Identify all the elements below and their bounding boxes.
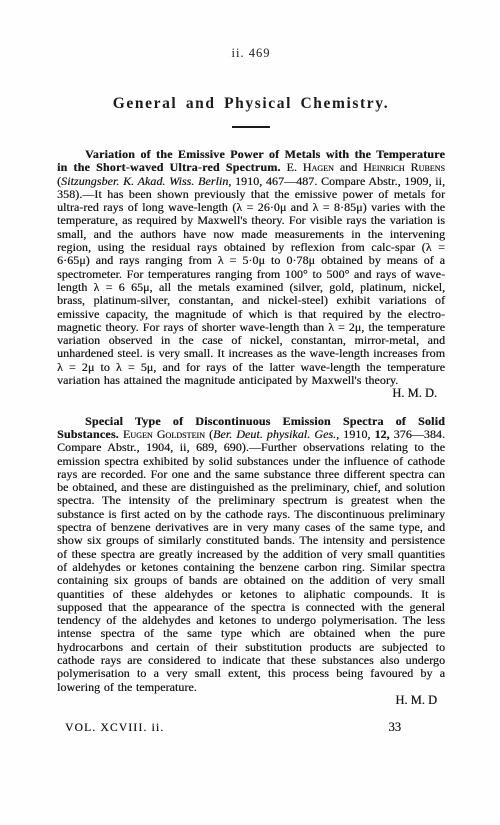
page-footer: VOL. XCVIII. ii. 33 [57,720,445,735]
citation-volume: 12, [374,427,389,441]
abstract-body: It has been shown previously that the em… [57,187,445,387]
abstract-body: Further observations relating to the emi… [57,440,445,693]
footer-volume-label: VOL. XCVIII. ii. [57,722,164,734]
abstractor-initials: H. M. D. [57,387,445,400]
citation-journal: Sitzungsber. K. Akad. Wiss. Berlin [61,174,228,188]
section-divider-rule [232,126,270,128]
abstract-emission-spectra: Special Type of Discontinuous Emission S… [57,415,445,708]
byline-text: and [334,160,363,174]
citation-journal: Ber. Deut. physikal. Ges. [213,427,336,441]
abstract-paragraph: Variation of the Emissive Power of Metal… [57,148,445,387]
footer-sheet-number: 33 [389,720,402,735]
author-name: Heinrich Rubens [363,160,445,174]
journal-page: ii. 469 General and Physical Chemistry. … [0,0,500,825]
byline-text: E. [281,160,303,174]
citation-open: ( [205,427,213,441]
citation-mid: , 1910, [336,427,374,441]
author-name: Eugen Goldstein [123,427,205,441]
abstractor-initials: H. M. D [57,694,445,707]
abstract-paragraph: Special Type of Discontinuous Emission S… [57,415,445,694]
page-folio: ii. 469 [57,46,445,61]
author-name: Hagen [303,160,334,174]
abstract-emissive-power: Variation of the Emissive Power of Metal… [57,148,445,401]
section-title: General and Physical Chemistry. [57,95,445,113]
